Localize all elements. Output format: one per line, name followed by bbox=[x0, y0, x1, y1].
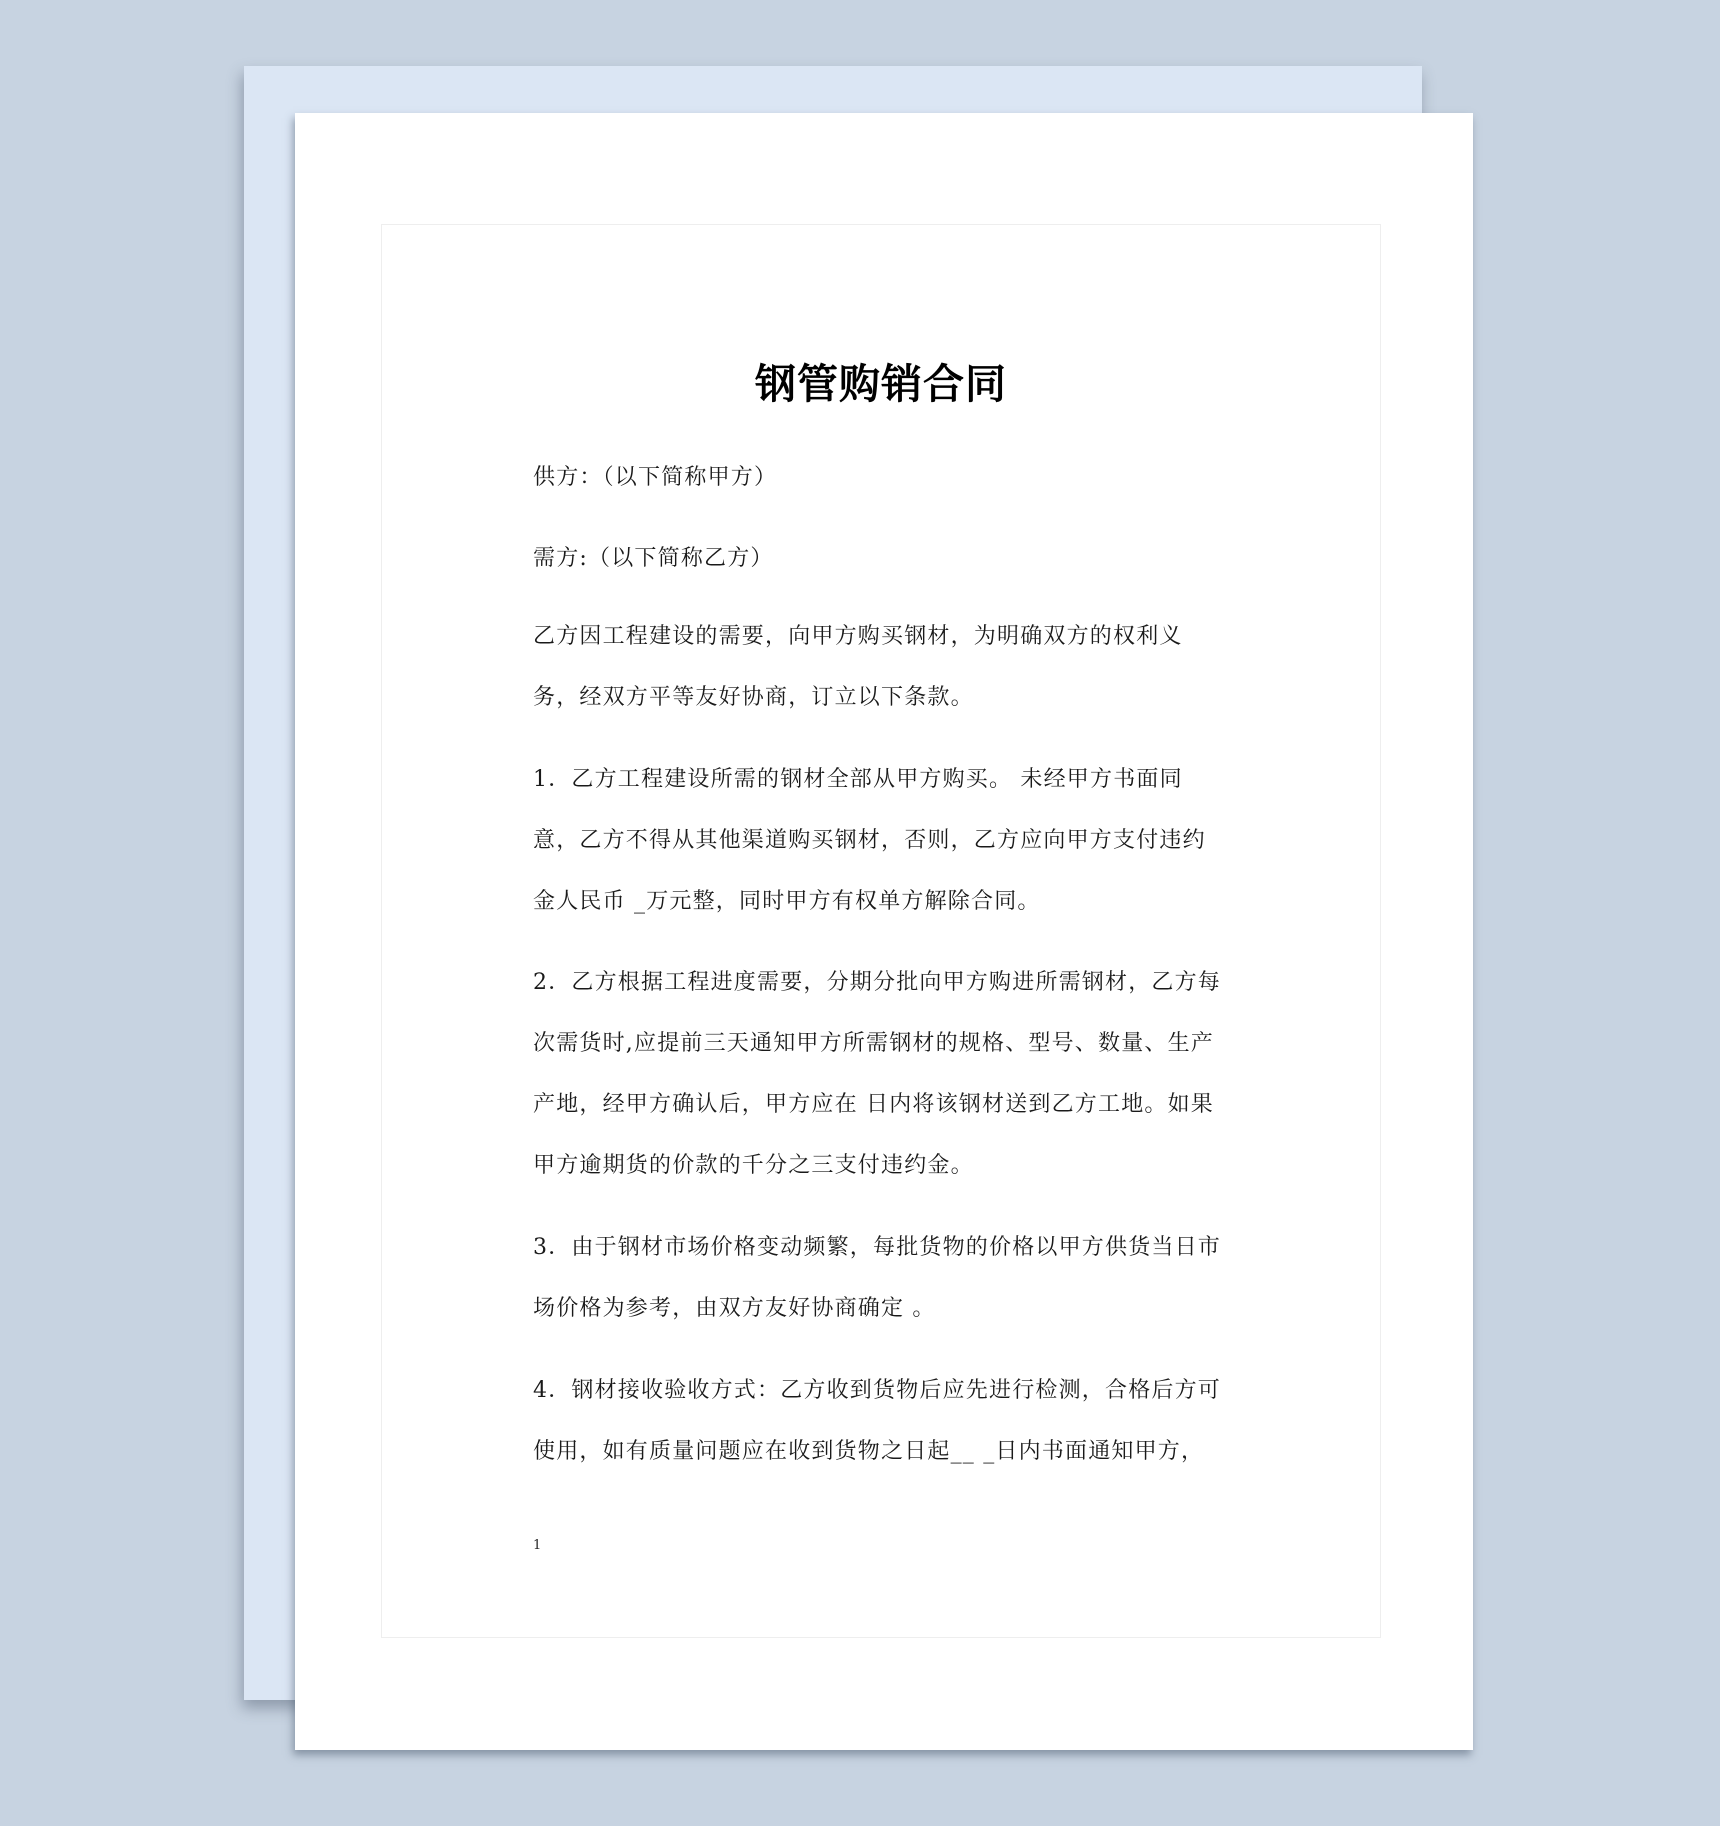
page-margin-frame bbox=[381, 224, 1381, 1638]
clause-1-line: 1．乙方工程建设所需的钢材全部从甲方购买。 未经甲方书面同 bbox=[533, 765, 1183, 795]
buyer-line: 需方:（以下简称乙方） bbox=[533, 544, 774, 574]
preamble-line: 务，经双方平等友好协商，订立以下条款。 bbox=[533, 683, 974, 713]
document-page: 钢管购销合同 供方：（以下简称甲方） 需方:（以下简称乙方） 乙方因工程建设的需… bbox=[295, 113, 1473, 1750]
preamble-line: 乙方因工程建设的需要，向甲方购买钢材，为明确双方的权利义 bbox=[533, 622, 1183, 652]
clause-3-line: 场价格为参考，由双方友好协商确定 。 bbox=[533, 1294, 936, 1324]
clause-1-line: 意，乙方不得从其他渠道购买钢材，否则，乙方应向甲方支付违约 bbox=[533, 826, 1206, 856]
clause-2-line: 2．乙方根据工程进度需要，分期分批向甲方购进所需钢材，乙方每 bbox=[533, 968, 1221, 998]
clause-2-line: 甲方逾期货的价款的千分之三支付违约金。 bbox=[533, 1151, 974, 1181]
document-title: 钢管购销合同 bbox=[289, 351, 1473, 410]
supplier-line: 供方：（以下简称甲方） bbox=[533, 463, 777, 493]
clause-2-line: 产地，经甲方确认后，甲方应在 日内将该钢材送到乙方工地。如果 bbox=[533, 1090, 1214, 1120]
page-number: 1 bbox=[533, 1538, 541, 1553]
clause-4-line: 4．钢材接收验收方式：乙方收到货物后应先进行检测，合格后方可 bbox=[533, 1376, 1221, 1406]
clause-4-line: 使用，如有质量问题应在收到货物之日起__ _日内书面通知甲方， bbox=[533, 1437, 1204, 1467]
clause-2-line: 次需货时,应提前三天通知甲方所需钢材的规格、型号、数量、生产 bbox=[533, 1029, 1214, 1059]
clause-1-line: 金人民币 _万元整，同时甲方有权单方解除合同。 bbox=[533, 887, 1041, 917]
clause-3-line: 3．由于钢材市场价格变动频繁，每批货物的价格以甲方供货当日市 bbox=[533, 1233, 1221, 1263]
